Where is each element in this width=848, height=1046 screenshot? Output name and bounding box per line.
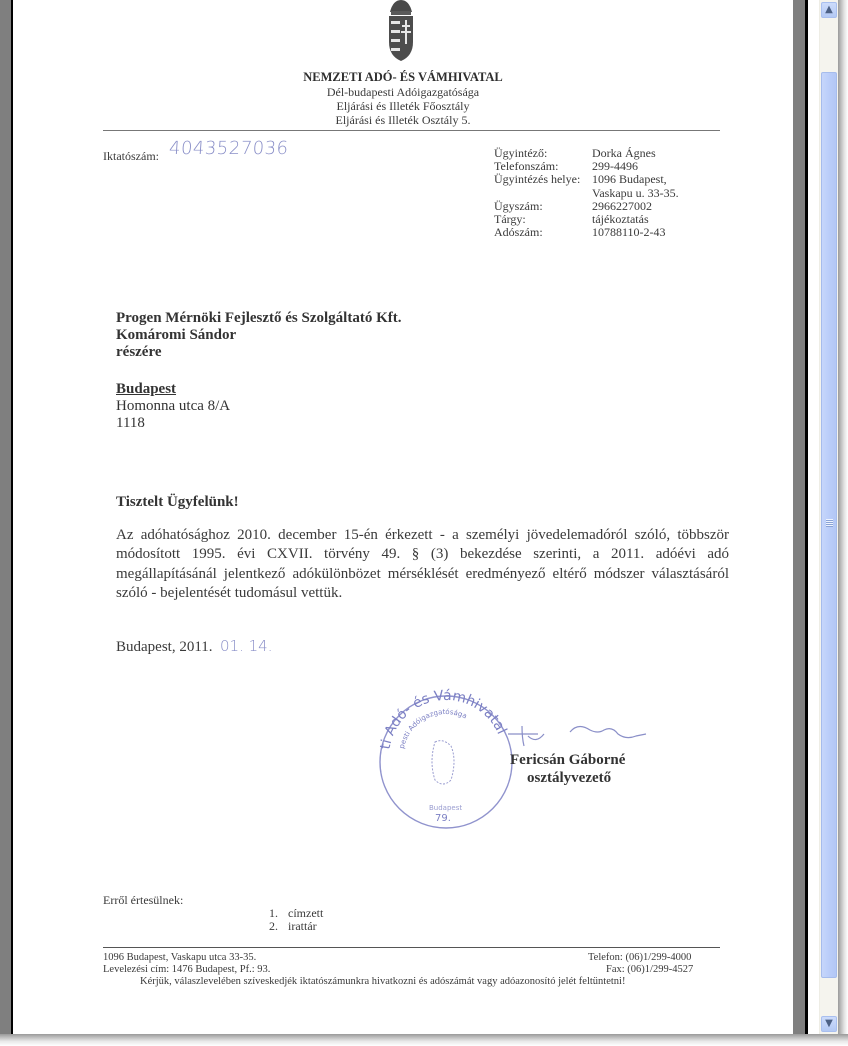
grip-icon	[826, 519, 833, 527]
department-name: Eljárási és Illeték Főosztály	[213, 99, 593, 114]
case-detail-value: 1096 Budapest,	[592, 173, 667, 186]
footer-address: 1096 Budapest, Vaskapu utca 33-35.	[103, 952, 256, 963]
case-detail-key: Ügyintézés helye:	[494, 173, 592, 186]
section-name: Eljárási és Illeték Osztály 5.	[213, 113, 593, 128]
letter-body: Az adóhatósághoz 2010. december 15-én ér…	[116, 526, 729, 603]
case-details: Ügyintéző:Dorka Ágnes Telefonszám:299-44…	[494, 147, 679, 239]
list-item: 2.irattár	[269, 920, 323, 933]
scroll-up-button[interactable]: ▲	[821, 2, 837, 18]
salutation: Tisztelt Ügyfelünk!	[116, 494, 239, 511]
directorate-name: Dél-budapesti Adóigazgatósága	[213, 85, 593, 100]
registration-number-handwritten: 4043527036	[168, 138, 289, 159]
footer-note: Kérjük, válaszlevelében szíveskedjék ikt…	[140, 976, 625, 987]
window-shadow-right	[838, 0, 848, 1040]
document-page: NEMZETI ADÓ- ÉS VÁMHIVATAL Dél-budapesti…	[13, 0, 793, 1034]
list-item-text: irattár	[288, 920, 317, 933]
date-handwritten: 01. 14.	[220, 637, 272, 655]
case-detail-value: Vaskapu u. 33-35.	[592, 187, 679, 200]
hungarian-coat-of-arms-icon	[385, 0, 417, 62]
registration-number-label: Iktatószám:	[103, 149, 159, 164]
official-stamp-icon: ti Adó- és Vámhivatal pesti Adóigazgatós…	[371, 682, 521, 832]
recipient-for: részére	[116, 344, 162, 361]
case-detail-row: Ügyintézés helye:1096 Budapest,	[494, 173, 679, 186]
scrollbar-thumb[interactable]	[821, 72, 837, 978]
distribution-label: Erről értesülnek:	[103, 893, 183, 908]
distribution-list: 1.címzett 2.irattár	[269, 907, 323, 933]
header-divider	[103, 130, 720, 131]
svg-text:79.: 79.	[435, 813, 451, 824]
footer-phone: Telefon: (06)1/299-4000	[588, 952, 691, 963]
case-detail-row: Vaskapu u. 33-35.	[494, 187, 679, 200]
scroll-down-button[interactable]: ▼	[821, 1016, 837, 1032]
list-item-number: 2.	[269, 920, 288, 933]
case-detail-row: Adószám:10788110-2-43	[494, 226, 679, 239]
vertical-scrollbar[interactable]: ▲ ▼	[819, 0, 838, 1034]
handwritten-signature-icon	[508, 720, 658, 750]
signer-name: Fericsán Gáborné	[510, 752, 625, 769]
footer-fax: Fax: (06)1/299-4527	[606, 964, 693, 975]
recipient-person: Komáromi Sándor	[116, 327, 236, 344]
svg-text:Budapest: Budapest	[429, 804, 462, 812]
chevron-down-icon: ▼	[825, 1018, 833, 1029]
recipient-zip: 1118	[116, 415, 145, 432]
page-right-border	[805, 0, 808, 1034]
signer-title: osztályvezető	[527, 770, 611, 787]
case-detail-key	[494, 187, 592, 200]
case-detail-key: Adószám:	[494, 226, 592, 239]
viewer-right-gutter	[793, 0, 805, 1034]
footer-postal-address: Levelezési cím: 1476 Budapest, Pf.: 93.	[103, 964, 270, 975]
organization-title: NEMZETI ADÓ- ÉS VÁMHIVATAL	[213, 70, 593, 85]
case-detail-value: 10788110-2-43	[592, 226, 666, 239]
recipient-city: Budapest	[116, 381, 176, 398]
recipient-company: Progen Mérnöki Fejlesztő és Szolgáltató …	[116, 310, 401, 327]
chevron-up-icon: ▲	[825, 4, 833, 15]
footer-divider	[103, 947, 720, 948]
window-shadow-bottom	[0, 1034, 848, 1046]
date-printed: Budapest, 2011.	[116, 639, 213, 656]
recipient-street: Homonna utca 8/A	[116, 398, 230, 415]
viewer-left-gutter	[0, 0, 11, 1034]
